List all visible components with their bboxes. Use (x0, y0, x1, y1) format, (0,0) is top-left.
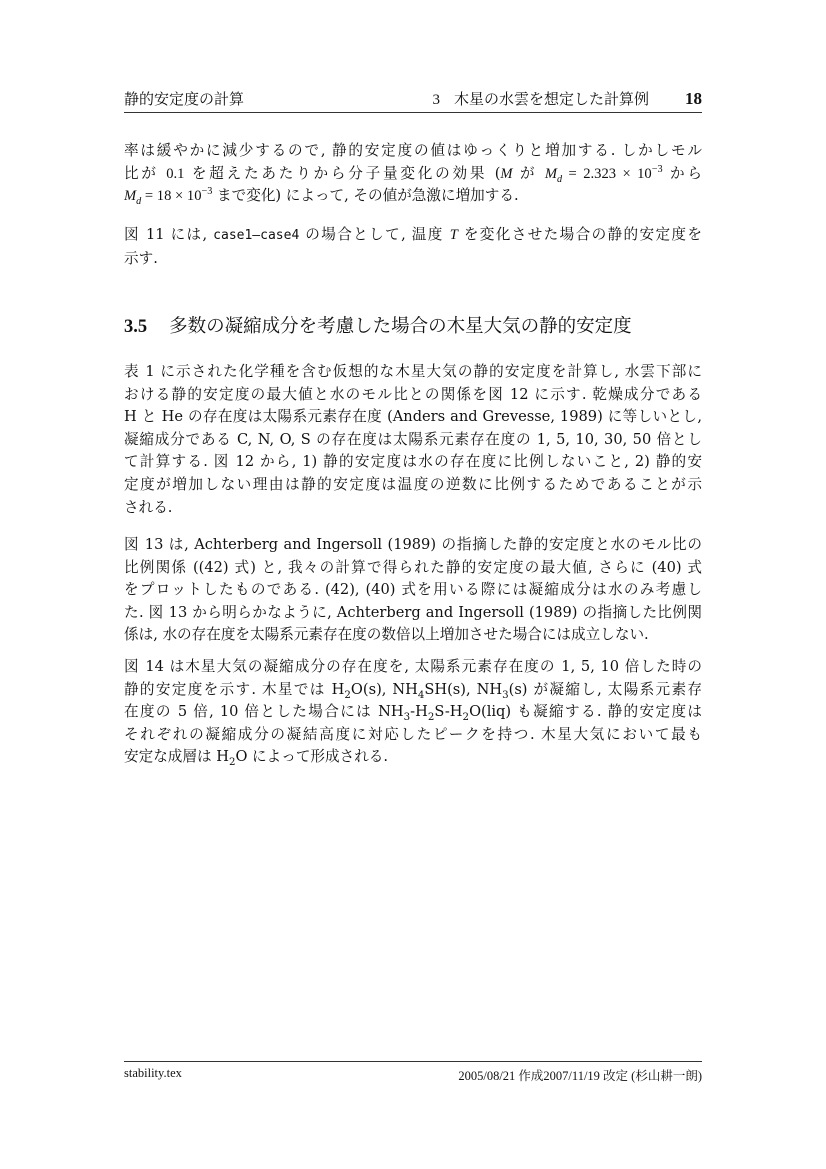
p5-line-3: 在度の 5 倍, 10 倍とした場合には NH3-H2S-H2O(liq) も凝… (124, 701, 702, 724)
p3-line-4: 凝縮成分である C, N, O, S の存在度は太陽系元素存在度の 1, 5, … (124, 429, 702, 452)
p1-line-2: 比が 0.1 を超えたあたりから分子量変化の効果 (M が Md = 2.323… (124, 163, 702, 186)
p3-line-2: おける静的安定度の最大値と水のモル比との関係を図 12 に示す. 乾燥成分である (124, 384, 702, 407)
document-page: 静的安定度の計算 3木星の水雲を想定した計算例18 率は緩やかに減少するので, … (0, 0, 826, 1169)
paragraph-3: 表 1 に示された化学種を含む仮想的な木星大気の静的安定度を計算し, 水雲下部に… (124, 361, 702, 519)
p4-line-2: 比例関係 ((42) 式) と, 我々の計算で得られた静的安定度の最大値, さら… (124, 557, 702, 580)
p5-line-2: 静的安定度を示す. 木星では H2O(s), NH4SH(s), NH3(s) … (124, 679, 702, 702)
header-section: 3木星の水雲を想定した計算例18 (432, 88, 702, 109)
p3-line-6: 定度が増加しない理由は静的安定度は温度の逆数に比例するためであることが示 (124, 474, 702, 497)
p5-line-1: 図 14 は木星大気の凝縮成分の存在度を, 太陽系元素存在度の 1, 5, 10… (124, 656, 702, 679)
p3-line-3: H と He の存在度は太陽系元素存在度 (Anders and Grevess… (124, 406, 702, 429)
page-number: 18 (685, 89, 702, 108)
p3-line-1: 表 1 に示された化学種を含む仮想的な木星大気の静的安定度を計算し, 水雲下部に (124, 361, 702, 384)
p5-line-4: それぞれの凝縮成分の凝結高度に対応したピークを持つ. 木星大気において最も (124, 724, 702, 747)
running-header: 静的安定度の計算 3木星の水雲を想定した計算例18 (124, 88, 702, 110)
footer-dates: 2005/08/21 作成2007/11/19 改定 (杉山耕一朗) (458, 1066, 702, 1084)
p1-line-3: Md = 18 × 10−3 まで変化) によって, その値が急激に増加する. (124, 185, 702, 208)
p4-line-1: 図 13 は, Achterberg and Ingersoll (1989) … (124, 534, 702, 557)
header-section-number: 3 (432, 92, 440, 108)
paragraph-1: 率は緩やかに減少するので, 静的安定度の値はゆっくりと増加する. しかしモル 比… (124, 140, 702, 208)
footer-rule (124, 1061, 702, 1062)
paragraph-4: 図 13 は, Achterberg and Ingersoll (1989) … (124, 534, 702, 647)
p5-line-5: 安定な成層は H2O によって形成される. (124, 746, 702, 769)
footer-filename: stability.tex (124, 1066, 182, 1081)
p3-line-7: される. (124, 497, 702, 520)
p2-line-2: 示す. (124, 248, 702, 271)
section-heading: 3.5多数の凝縮成分を考慮した場合の木星大気の静的安定度 (124, 312, 632, 338)
section-title: 多数の凝縮成分を考慮した場合の木星大気の静的安定度 (169, 316, 632, 337)
p1-line-1: 率は緩やかに減少するので, 静的安定度の値はゆっくりと増加する. しかしモル (124, 140, 702, 163)
header-section-title: 木星の水雲を想定した計算例 (454, 90, 649, 108)
header-chapter-title: 静的安定度の計算 (124, 88, 244, 109)
paragraph-5: 図 14 は木星大気の凝縮成分の存在度を, 太陽系元素存在度の 1, 5, 10… (124, 656, 702, 769)
p3-line-5: て計算する. 図 12 から, 1) 静的安定度は水の存在度に比例しないこと, … (124, 451, 702, 474)
p2-line-1: 図 11 には, case1–case4 の場合として, 温度 T を変化させた… (124, 224, 702, 248)
paragraph-2: 図 11 には, case1–case4 の場合として, 温度 T を変化させた… (124, 224, 702, 270)
p4-line-3: をプロットしたものである. (42), (40) 式を用いる際には凝縮成分は水の… (124, 579, 702, 602)
p4-line-4: た. 図 13 から明らかなように, Achterberg and Ingers… (124, 602, 702, 625)
section-number: 3.5 (124, 317, 147, 337)
p4-line-5: 係は, 水の存在度を太陽系元素存在度の数倍以上増加させた場合には成立しない. (124, 624, 702, 647)
header-rule (124, 112, 702, 113)
